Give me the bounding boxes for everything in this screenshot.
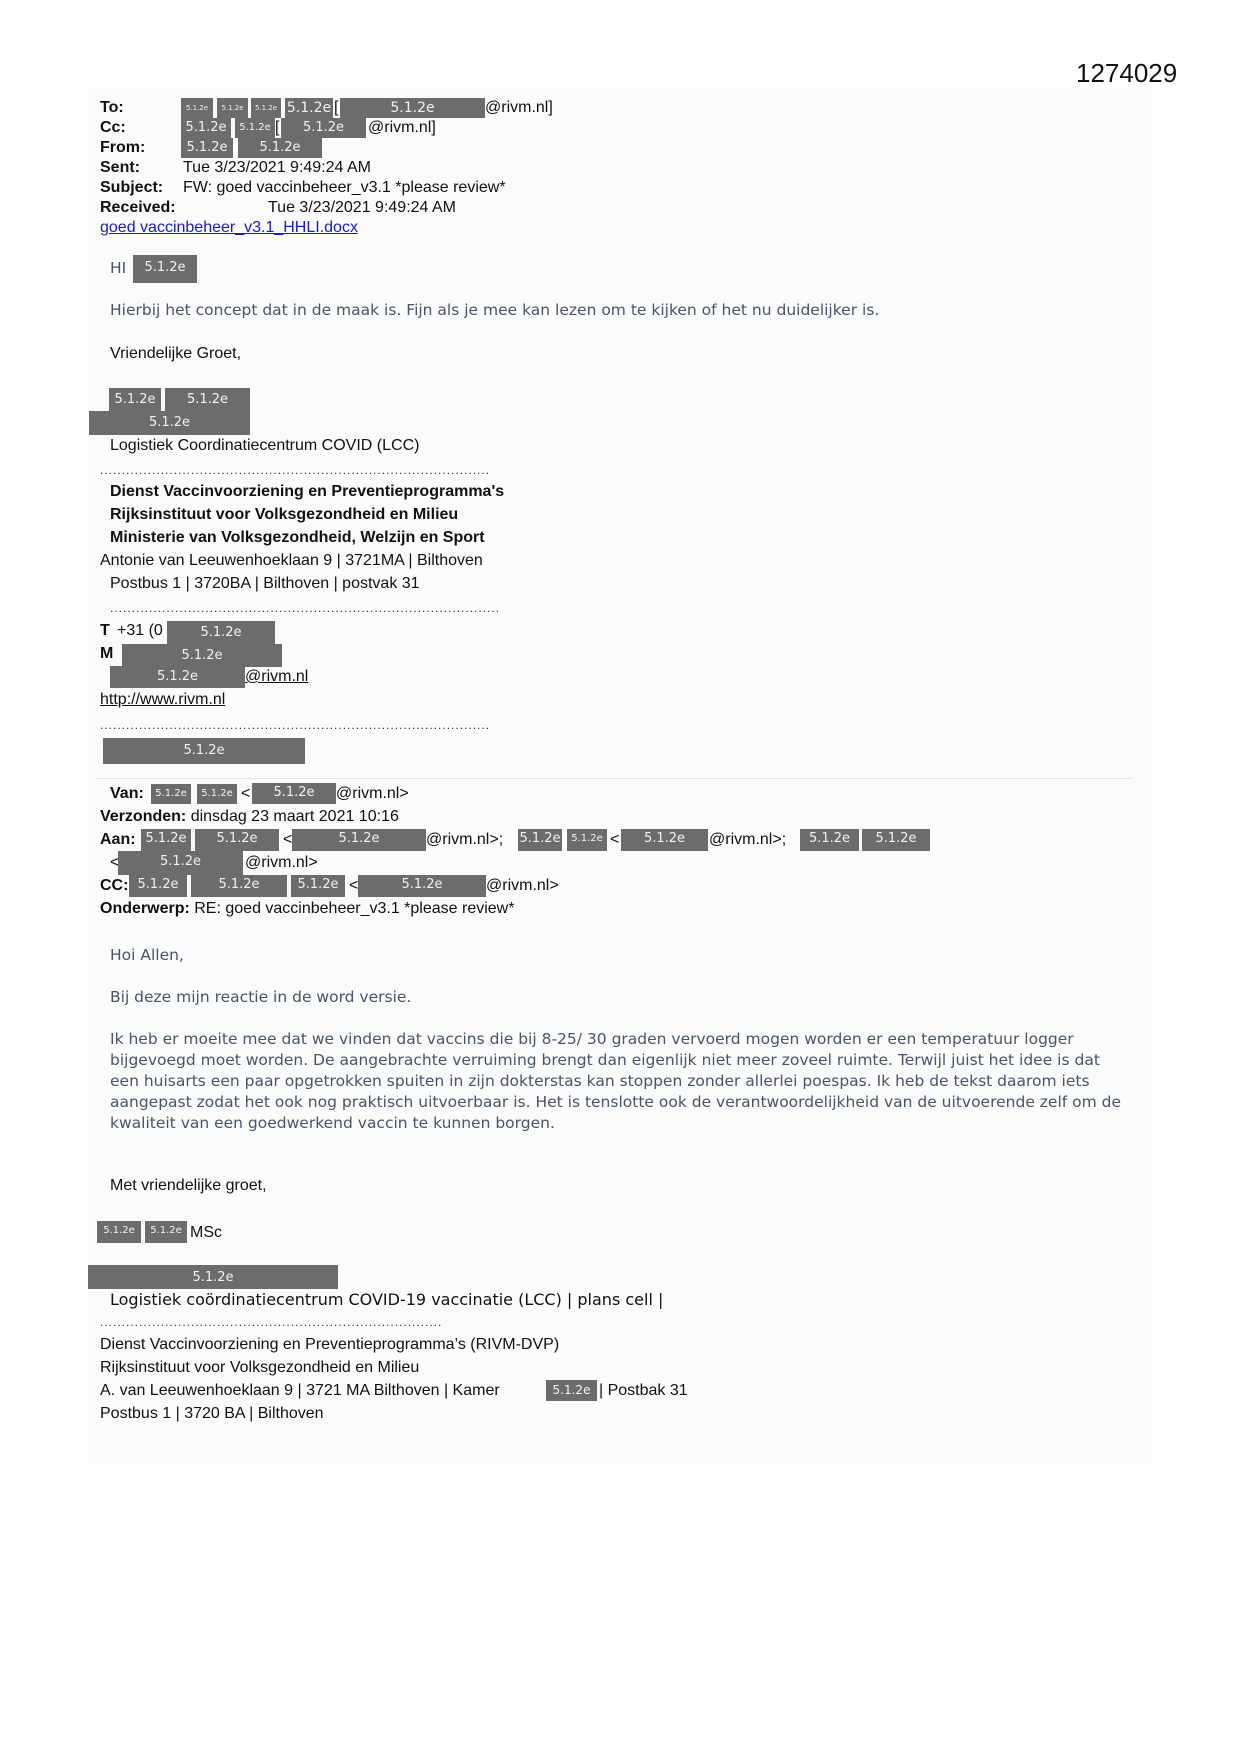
body-text: Ik heb er moeite mee dat we vinden dat v… xyxy=(110,1029,1130,1134)
lt-bracket: < xyxy=(283,831,292,849)
redaction: 5.1.2e xyxy=(167,621,275,644)
sent-value: dinsdag 23 maart 2021 10:16 xyxy=(191,808,399,825)
signature-unit: Logistiek Coordinatiecentrum COVID (LCC) xyxy=(110,437,419,455)
redaction: 5.1.2e xyxy=(89,411,250,435)
sent-label: Sent: xyxy=(100,159,140,177)
signature-line-1: Dienst Vaccinvoorziening en Preventiepro… xyxy=(100,1336,559,1354)
redaction: 5.1.2e xyxy=(110,666,245,688)
subject-value: FW: goed vaccinbeheer_v3.1 *please revie… xyxy=(183,179,506,197)
divider-dots: ........................................… xyxy=(100,718,528,732)
signature-line-2: Rijksinstituut voor Volksgezondheid en M… xyxy=(100,1359,419,1377)
greeting: Hoi Allen, xyxy=(110,946,184,964)
subject-value: RE: goed vaccinbeheer_v3.1 *please revie… xyxy=(194,900,514,917)
redaction: 5.1.2e xyxy=(195,829,279,851)
redaction: 5.1.2e xyxy=(197,784,237,804)
signature-org-2: Rijksinstituut voor Volksgezondheid en M… xyxy=(110,506,458,524)
signature-postbus: Postbus 1 | 3720 BA | Bilthoven xyxy=(100,1405,324,1423)
redaction: 5.1.2e xyxy=(238,138,322,158)
redaction: 5.1.2e xyxy=(191,875,287,897)
intro-text: Bij deze mijn reactie in de word versie. xyxy=(110,988,411,1006)
cc-label: Cc: xyxy=(100,119,126,137)
to-label: Aan: xyxy=(100,831,136,849)
to-address-suffix-1: @rivm.nl>; xyxy=(426,831,503,849)
redaction: 5.1.2e xyxy=(109,388,161,412)
redaction: 5.1.2e xyxy=(251,98,281,118)
closing: Vriendelijke Groet, xyxy=(110,345,241,363)
greeting: HI xyxy=(110,259,126,277)
redaction: 5.1.2e xyxy=(129,875,187,897)
signature-org-3: Ministerie van Volksgezondheid, Welzijn … xyxy=(110,529,485,547)
redaction: 5.1.2e xyxy=(165,388,250,412)
cc-address-suffix: @rivm.nl> xyxy=(486,877,559,895)
redaction: 5.1.2e xyxy=(97,1221,141,1243)
sent-line: Verzonden: dinsdag 23 maart 2021 10:16 xyxy=(100,808,399,826)
redaction: 5.1.2e xyxy=(118,851,243,875)
redaction: 5.1.2e xyxy=(122,644,282,667)
divider-dots: ........................................… xyxy=(110,601,538,615)
redaction: 5.1.2e xyxy=(181,98,213,118)
to-address-suffix-3: @rivm.nl> xyxy=(245,854,318,872)
redaction: 5.1.2e xyxy=(141,829,191,851)
received-label: Received: xyxy=(100,199,176,217)
to-address-suffix: @rivm.nl] xyxy=(485,99,553,117)
redaction: 5.1.2e xyxy=(292,829,426,851)
redaction: 5.1.2e xyxy=(145,1221,187,1243)
redaction: 5.1.2e xyxy=(133,255,197,283)
signature-unit: Logistiek coördinatiecentrum COVID-19 va… xyxy=(110,1290,663,1309)
redaction: 5.1.2e xyxy=(358,875,486,897)
signature-address-prefix: A. van Leeuwenhoeklaan 9 | 3721 MA Bilth… xyxy=(100,1382,500,1400)
closing: Met vriendelijke groet, xyxy=(110,1177,267,1195)
redaction: 5.1.2e xyxy=(217,98,248,118)
divider-dots: ........................................… xyxy=(100,463,528,477)
mobile-label: M xyxy=(100,645,113,663)
lt-bracket: < xyxy=(241,785,250,803)
from-label: Van: xyxy=(110,785,144,803)
subject-line: Onderwerp: RE: goed vaccinbeheer_v3.1 *p… xyxy=(100,900,514,918)
from-label: From: xyxy=(100,139,145,157)
website-link[interactable]: http://www.rivm.nl xyxy=(100,691,225,709)
to-bracket: [ xyxy=(334,99,338,117)
redaction: 5.1.2e xyxy=(252,783,336,804)
redaction: 5.1.2e xyxy=(567,829,607,851)
redaction: 5.1.2e xyxy=(291,875,345,897)
redaction: 5.1.2e xyxy=(340,98,485,118)
to-address-suffix-2: @rivm.nl>; xyxy=(709,831,786,849)
signature-org-1: Dienst Vaccinvoorziening en Preventiepro… xyxy=(110,483,504,501)
signature-title-suffix: MSc xyxy=(190,1224,222,1242)
redaction: 5.1.2e xyxy=(518,829,562,851)
from-address-suffix: @rivm.nl> xyxy=(336,785,409,803)
received-value: Tue 3/23/2021 9:49:24 AM xyxy=(268,199,456,217)
divider-dots: ........................................… xyxy=(100,1315,448,1329)
signature-address: Antonie van Leeuwenhoeklaan 9 | 3721MA |… xyxy=(100,552,483,570)
sent-value: Tue 3/23/2021 9:49:24 AM xyxy=(183,159,371,177)
sent-label: Verzonden: xyxy=(100,808,186,825)
document-id: 1274029 xyxy=(1076,58,1177,89)
signature-address-suffix: | Postbak 31 xyxy=(599,1382,688,1400)
phone-prefix: +31 (0 xyxy=(117,622,163,640)
subject-label: Onderwerp: xyxy=(100,900,190,917)
message-separator xyxy=(96,778,1132,779)
redaction: 5.1.2e xyxy=(151,784,191,804)
email-panel xyxy=(88,88,1152,1463)
cc-address-suffix: @rivm.nl] xyxy=(368,119,436,137)
lt-bracket: < xyxy=(610,831,619,849)
redaction: 5.1.2e xyxy=(546,1380,597,1401)
lt-bracket: < xyxy=(349,877,358,895)
redaction: 5.1.2e xyxy=(181,138,233,158)
signature-postbus: Postbus 1 | 3720BA | Bilthoven | postvak… xyxy=(110,575,420,593)
email-link[interactable]: @rivm.nl xyxy=(245,668,308,686)
cc-label: CC: xyxy=(100,877,128,895)
phone-label: T xyxy=(100,622,110,640)
redaction: 5.1.2e xyxy=(862,829,930,851)
cc-bracket: [ xyxy=(275,119,279,137)
redaction: 5.1.2e xyxy=(88,1265,338,1289)
redaction: 5.1.2e xyxy=(181,118,231,138)
redaction: 5.1.2e xyxy=(281,118,366,138)
redaction: 5.1.2e xyxy=(621,829,708,851)
redaction: 5.1.2e xyxy=(800,829,859,851)
body-text: Hierbij het concept dat in de maak is. F… xyxy=(110,301,879,319)
to-label: To: xyxy=(100,99,124,117)
redaction: 5.1.2e xyxy=(285,98,333,118)
redaction: 5.1.2e xyxy=(235,118,275,138)
redaction: 5.1.2e xyxy=(103,738,305,764)
subject-label: Subject: xyxy=(100,179,163,197)
attachment-link[interactable]: goed vaccinbeheer_v3.1_HHLI.docx xyxy=(100,219,358,237)
